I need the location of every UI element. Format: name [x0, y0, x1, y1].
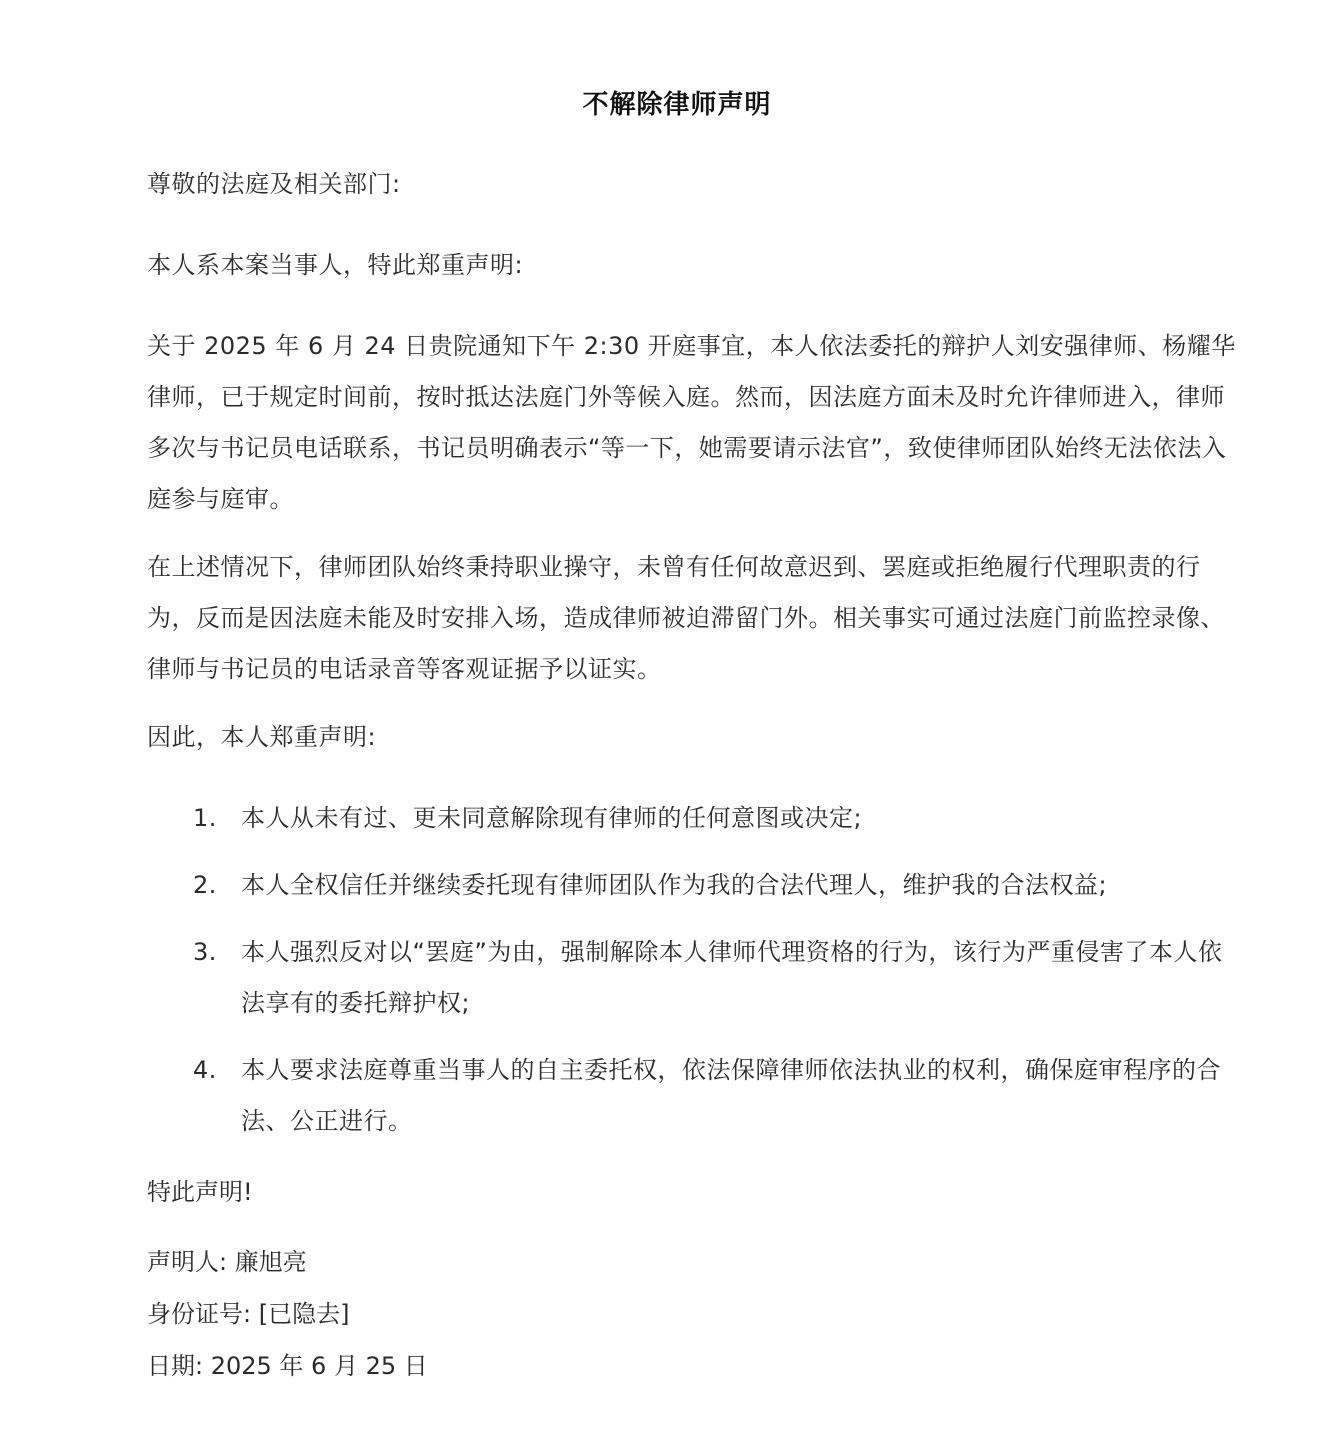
list-item: 2. 本人全权信任并继续委托现有律师团队作为我的合法代理人，维护我的合法权益; [147, 860, 1247, 911]
intro-statement: 本人系本案当事人，特此郑重声明: [147, 240, 1247, 291]
list-text: 本人强烈反对以“罢庭”为由，强制解除本人律师代理资格的行为，该行为严重侵害了本人… [241, 927, 1247, 1029]
declaration-list: 1. 本人从未有过、更未同意解除现有律师的任何意图或决定; 2. 本人全权信任并… [147, 793, 1247, 1147]
statement-document: 不解除律师声明 尊敬的法庭及相关部门: 本人系本案当事人，特此郑重声明: 关于 … [147, 84, 1247, 1392]
list-item: 3. 本人强烈反对以“罢庭”为由，强制解除本人律师代理资格的行为，该行为严重侵害… [147, 927, 1247, 1029]
paragraph-conduct: 在上述情况下，律师团队始终秉持职业操守，未曾有任何故意迟到、罢庭或拒绝履行代理职… [147, 542, 1247, 695]
signature-date: 日期: 2025 年 6 月 25 日 [147, 1340, 1247, 1392]
list-item: 1. 本人从未有过、更未同意解除现有律师的任何意图或决定; [147, 793, 1247, 844]
list-item: 4. 本人要求法庭尊重当事人的自主委托权，依法保障律师依法执业的权利，确保庭审程… [147, 1045, 1247, 1147]
list-text: 本人要求法庭尊重当事人的自主委托权，依法保障律师依法执业的权利，确保庭审程序的合… [241, 1045, 1247, 1147]
closing-statement: 特此声明! [147, 1167, 1247, 1218]
list-number: 1. [147, 793, 241, 844]
list-number: 2. [147, 860, 241, 911]
list-text: 本人从未有过、更未同意解除现有律师的任何意图或决定; [241, 793, 1247, 844]
declaration-lead: 因此，本人郑重声明: [147, 712, 1247, 763]
document-title: 不解除律师声明 [147, 84, 1247, 121]
signature-block: 声明人: 廉旭亮 身份证号: [已隐去] 日期: 2025 年 6 月 25 日 [147, 1236, 1247, 1392]
paragraph-facts: 关于 2025 年 6 月 24 日贵院通知下午 2:30 开庭事宜，本人依法委… [147, 321, 1247, 525]
list-number: 4. [147, 1045, 241, 1147]
salutation: 尊敬的法庭及相关部门: [147, 159, 1247, 210]
declarant-name: 声明人: 廉旭亮 [147, 1236, 1247, 1288]
id-number: 身份证号: [已隐去] [147, 1288, 1247, 1340]
list-number: 3. [147, 927, 241, 1029]
list-text: 本人全权信任并继续委托现有律师团队作为我的合法代理人，维护我的合法权益; [241, 860, 1247, 911]
